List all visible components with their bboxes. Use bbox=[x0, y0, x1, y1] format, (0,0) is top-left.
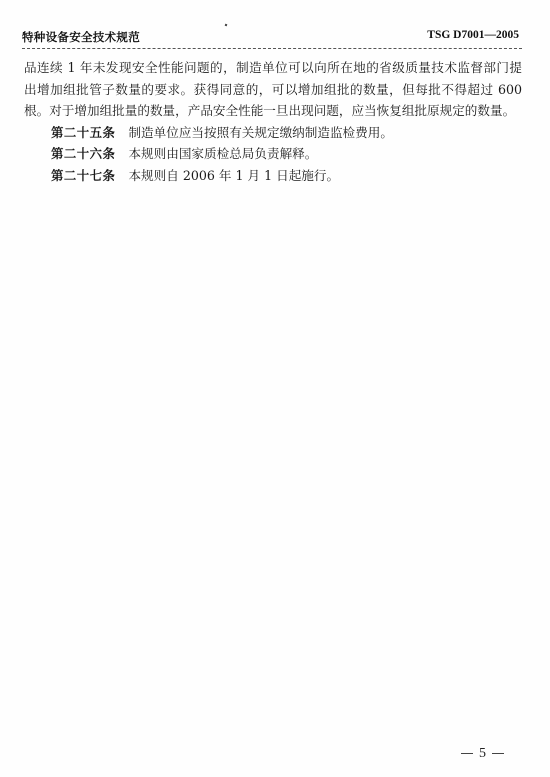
dash-left bbox=[461, 753, 473, 754]
scan-speck bbox=[225, 24, 228, 27]
body-text: 品连续 1 年未发现安全性能问题的，制造单位可以向所在地的省级质量技术监督部门提… bbox=[24, 57, 522, 186]
article-label: 第二十七条 bbox=[51, 168, 115, 183]
article-text: 本规则由国家质检总局负责解释。 bbox=[128, 146, 317, 161]
article-25: 第二十五条制造单位应当按照有关规定缴纳制造监检费用。 bbox=[24, 122, 522, 144]
article-27: 第二十七条本规则自 2006 年 1 月 1 日起施行。 bbox=[24, 165, 522, 187]
article-text: 制造单位应当按照有关规定缴纳制造监检费用。 bbox=[128, 125, 392, 140]
article-label: 第二十六条 bbox=[51, 146, 115, 161]
article-label: 第二十五条 bbox=[51, 125, 115, 140]
page-number: 5 bbox=[479, 746, 486, 761]
header-standard-code: TSG D7001—2005 bbox=[427, 29, 519, 41]
page-footer: 5 bbox=[455, 746, 510, 762]
article-26: 第二十六条本规则由国家质检总局负责解释。 bbox=[24, 143, 522, 165]
running-header: 特种设备安全技术规范 TSG D7001—2005 bbox=[22, 29, 519, 47]
paragraph-line: 出增加组批管子数量的要求。获得同意的，可以增加组批的数量，但每批不得超过 600 bbox=[24, 79, 522, 101]
document-page: 特种设备安全技术规范 TSG D7001—2005 品连续 1 年未发现安全性能… bbox=[0, 0, 550, 777]
header-title: 特种设备安全技术规范 bbox=[22, 29, 140, 45]
header-divider bbox=[22, 48, 522, 49]
continuation-paragraph: 品连续 1 年未发现安全性能问题的，制造单位可以向所在地的省级质量技术监督部门提… bbox=[24, 57, 522, 122]
paragraph-line: 根。对于增加组批量的数量，产品安全性能一旦出现问题，应当恢复组批原规定的数量。 bbox=[24, 100, 522, 122]
dash-right bbox=[492, 753, 504, 754]
paragraph-line: 品连续 1 年未发现安全性能问题的，制造单位可以向所在地的省级质量技术监督部门提 bbox=[24, 57, 522, 79]
article-text: 本规则自 2006 年 1 月 1 日起施行。 bbox=[128, 168, 339, 183]
